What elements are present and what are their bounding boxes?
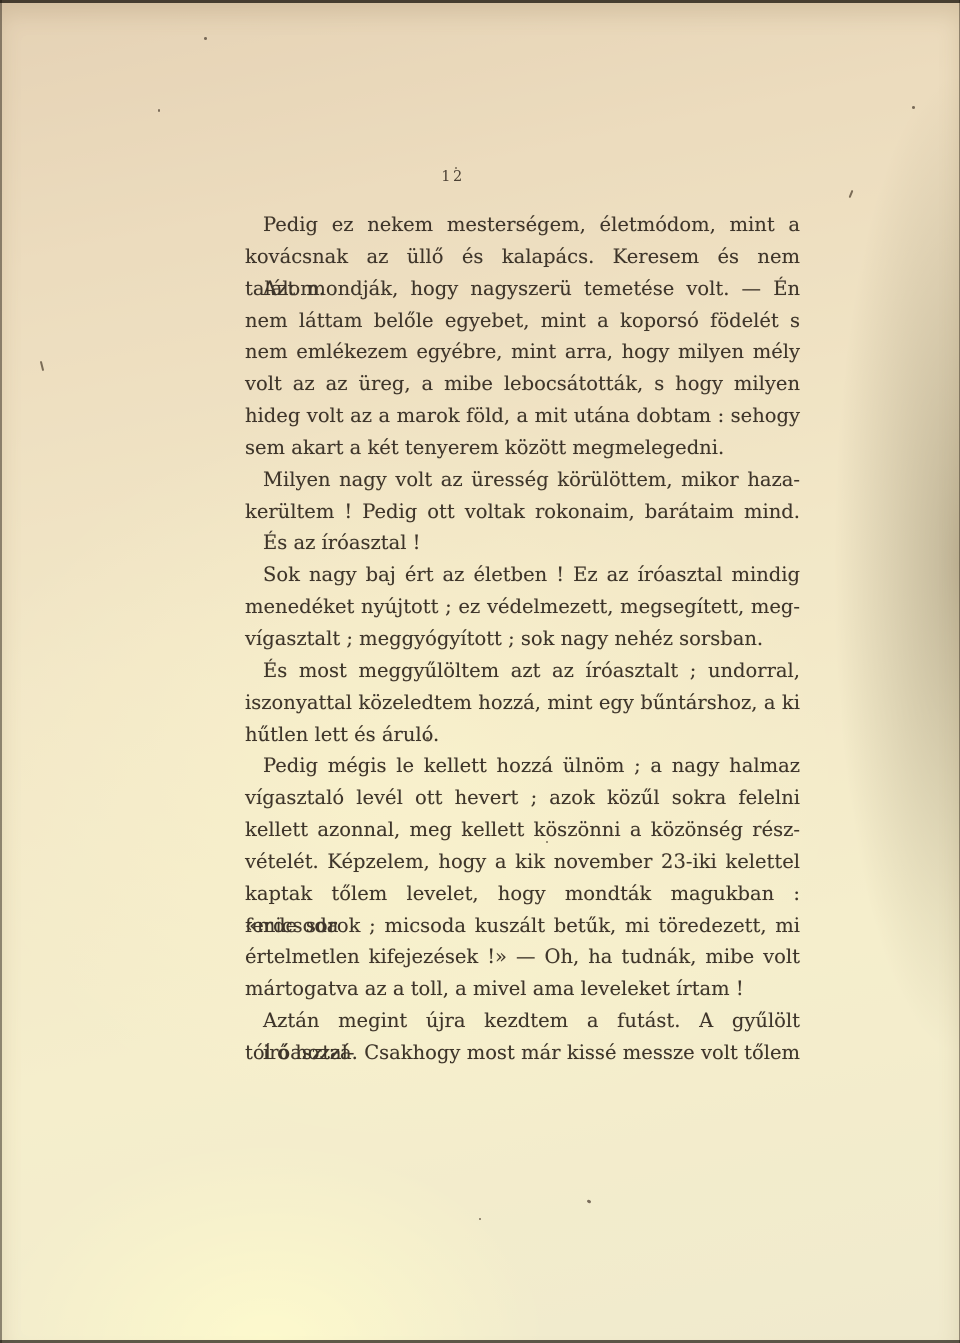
text-line: sem akart a két tenyerem között megmeleg… bbox=[245, 432, 800, 464]
scan-speck bbox=[479, 1218, 481, 1220]
text-line: Pedig ez nekem mesterségem, életmódom, m… bbox=[245, 209, 800, 241]
text-line: vígasztaló levél ott hevert ; azok közűl… bbox=[245, 782, 800, 814]
text-line: hideg volt az a marok föld, a mit utána … bbox=[245, 400, 800, 432]
scan-speck bbox=[455, 167, 457, 169]
scan-speck bbox=[587, 1199, 592, 1204]
text-line: Aztán megint újra kezdtem a futást. A gy… bbox=[245, 1005, 800, 1037]
scan-speck bbox=[546, 841, 548, 843]
text-line: kovácsnak az üllő és kalapács. Keresem é… bbox=[245, 241, 800, 273]
text-line: kellett azonnal, meg kellett köszönni a … bbox=[245, 814, 800, 846]
text-line: kaptak tőlem levelet, hogy mondták maguk… bbox=[245, 878, 800, 910]
text-line: Milyen nagy volt az üresség körülöttem, … bbox=[245, 464, 800, 496]
scan-speck bbox=[204, 37, 207, 40]
text-line: Sok nagy baj ért az életben ! Ez az íróa… bbox=[245, 559, 800, 591]
text-line: menedéket nyújtott ; ez védelmezett, meg… bbox=[245, 591, 800, 623]
text-line: kerültem ! Pedig ott voltak rokonaim, ba… bbox=[245, 496, 800, 528]
text-line: mártogatva az a toll, a mivel ama levele… bbox=[245, 973, 800, 1005]
text-line: iszonyattal közeledtem hozzá, mint egy b… bbox=[245, 687, 800, 719]
text-line: nem emlékezem egyébre, mint arra, hogy m… bbox=[245, 336, 800, 368]
page-number: 12 bbox=[433, 169, 473, 185]
scan-mark bbox=[40, 361, 44, 371]
scan-mark bbox=[849, 190, 854, 198]
text-line: vételét. Képzelem, hogy a kik november 2… bbox=[245, 846, 800, 878]
text-line: értelmetlen kifejezések !» — Oh, ha tudn… bbox=[245, 941, 800, 973]
scan-speck bbox=[426, 737, 429, 740]
text-line: Pedig mégis le kellett hozzá ülnöm ; a n… bbox=[245, 750, 800, 782]
text-line: hűtlen lett és áruló. bbox=[245, 719, 800, 751]
text-line: És most meggyűlöltem azt az íróasztalt ;… bbox=[245, 655, 800, 687]
text-line: tól ő hozzá. Csakhogy most már kissé mes… bbox=[245, 1037, 800, 1069]
text-line: ferde sorok ; micsoda kuszált betűk, mi … bbox=[245, 910, 800, 942]
text-line: vígasztalt ; meggyógyított ; sok nagy ne… bbox=[245, 623, 800, 655]
text-line: volt az az üreg, a mibe lebocsátották, s… bbox=[245, 368, 800, 400]
scan-speck bbox=[158, 109, 160, 112]
text-line: Azt mondják, hogy nagyszerü temetése vol… bbox=[245, 273, 800, 305]
text-block: Pedig ez nekem mesterségem, életmódom, m… bbox=[245, 209, 800, 1069]
text-line: nem láttam belőle egyebet, mint a kopors… bbox=[245, 305, 800, 337]
text-line: És az íróasztal ! bbox=[245, 527, 800, 559]
scan-speck bbox=[912, 106, 915, 109]
scanned-book-page: 12 Pedig ez nekem mesterségem, életmódom… bbox=[0, 0, 960, 1343]
